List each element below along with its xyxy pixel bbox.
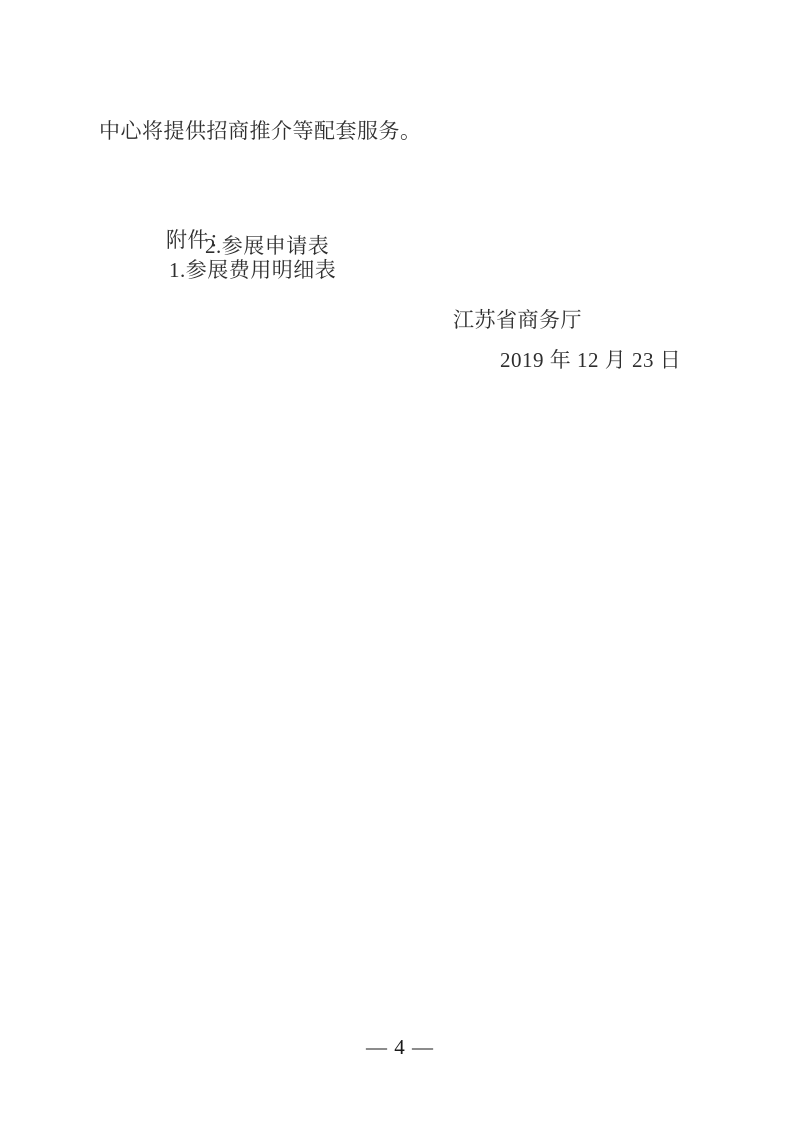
page-number: — 4 — <box>0 1032 800 1062</box>
attachment-item-2: 2.参展申请表 <box>205 231 329 261</box>
signature-date: 2019 年 12 月 23 日 <box>500 345 681 375</box>
document-page: 中心将提供招商推介等配套服务。 附件： 1.参展费用明细表 2.参展申请表 江苏… <box>0 0 800 1131</box>
signature-org: 江苏省商务厅 <box>453 305 582 335</box>
closing-paragraph: 中心将提供招商推介等配套服务。 <box>99 116 422 146</box>
